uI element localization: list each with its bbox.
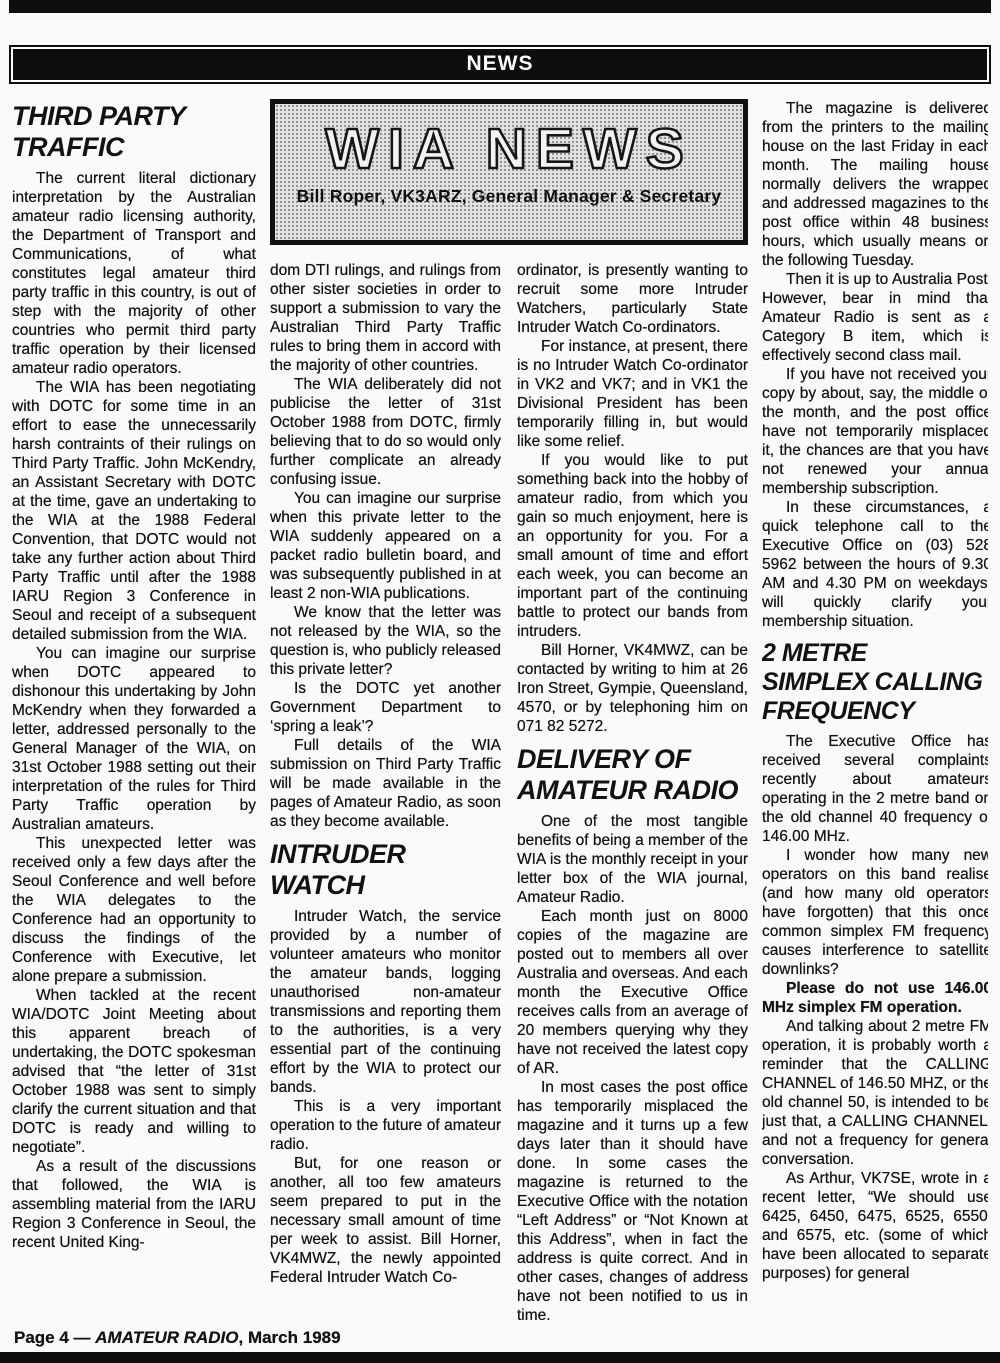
heading-line: SIMPLEX CALLING: [762, 668, 988, 697]
paragraph: And talking about 2 metre FM operation, …: [762, 1017, 988, 1169]
paragraph: The current literal dictionary interpret…: [12, 169, 256, 378]
paragraph: dom DTI rulings, and rulings from other …: [270, 261, 501, 375]
paragraph: When tackled at the recent WIA/DOTC Join…: [12, 986, 256, 1157]
heading-line: THIRD PARTY: [12, 101, 256, 132]
paragraph: If you have not received your copy by ab…: [762, 365, 988, 498]
paragraph: We know that the letter was not released…: [270, 603, 501, 679]
wia-news-box: WIA NEWS Bill Roper, VK3ARZ, General Man…: [270, 99, 748, 245]
heading-line: 2 METRE: [762, 639, 988, 668]
heading-line: INTRUDER: [270, 839, 501, 870]
paragraph: The WIA has been negotiating with DOTC f…: [12, 378, 256, 644]
wia-news-byline: Bill Roper, VK3ARZ, General Manager & Se…: [275, 186, 743, 207]
paragraph: Bill Horner, VK4MWZ, can be contacted by…: [517, 641, 748, 736]
column-3: ordinator, is presently wanting to recru…: [517, 261, 748, 1325]
page-top-rule: [9, 0, 991, 13]
article-heading-delivery-of-amateur-radio: DELIVERY OF AMATEUR RADIO: [517, 744, 748, 806]
middle-section: WIA NEWS Bill Roper, VK3ARZ, General Man…: [270, 99, 748, 1337]
paragraph: You can imagine our surprise when this p…: [270, 489, 501, 603]
page-bottom-rule: [0, 1352, 1000, 1363]
paragraph: The magazine is delivered from the print…: [762, 99, 988, 270]
footer-date: , March 1989: [239, 1328, 341, 1347]
heading-line: AMATEUR RADIO: [517, 775, 748, 806]
heading-line: WATCH: [270, 870, 501, 901]
news-banner: NEWS: [9, 45, 991, 84]
paragraph-emphasis: Please do not use 146.00 MHz simplex FM …: [762, 979, 988, 1017]
article-heading-intruder-watch: INTRUDER WATCH: [270, 839, 501, 901]
paragraph: This unexpected letter was received only…: [12, 834, 256, 986]
paragraph: I wonder how many new operators on this …: [762, 846, 988, 979]
footer-page-label: Page 4 —: [14, 1328, 95, 1347]
wia-news-title: WIA NEWS: [275, 118, 743, 180]
paragraph: ordinator, is presently wanting to recru…: [517, 261, 748, 337]
paragraph: Full details of the WIA submission on Th…: [270, 736, 501, 831]
paragraph: In most cases the post office has tempor…: [517, 1078, 748, 1325]
paragraph: But, for one reason or another, all too …: [270, 1154, 501, 1287]
heading-line: DELIVERY OF: [517, 744, 748, 775]
paragraph: Each month just on 8000 copies of the ma…: [517, 907, 748, 1078]
paragraph: As a result of the discussions that foll…: [12, 1157, 256, 1252]
column-4: The magazine is delivered from the print…: [762, 99, 988, 1337]
article-heading-third-party-traffic: THIRD PARTY TRAFFIC: [12, 101, 256, 163]
paragraph: The Executive Office has received severa…: [762, 732, 988, 846]
news-banner-label: NEWS: [13, 49, 987, 80]
paragraph: If you would like to put something back …: [517, 451, 748, 641]
paragraph: Intruder Watch, the service provided by …: [270, 907, 501, 1097]
footer-magazine-title: AMATEUR RADIO: [95, 1328, 238, 1347]
paragraph: You can imagine our surprise when DOTC a…: [12, 644, 256, 834]
paragraph: Is the DOTC yet another Government Depar…: [270, 679, 501, 736]
paragraph: Then it is up to Australia Post. However…: [762, 270, 988, 365]
paragraph: This is a very important operation to th…: [270, 1097, 501, 1154]
paragraph: As Arthur, VK7SE, wrote in a recent lett…: [762, 1169, 988, 1283]
paragraph: The WIA deliberately did not publicise t…: [270, 375, 501, 489]
heading-line: TRAFFIC: [12, 132, 256, 163]
column-1: THIRD PARTY TRAFFIC The current literal …: [12, 99, 256, 1337]
page-footer: Page 4 — AMATEUR RADIO, March 1989: [14, 1328, 341, 1348]
column-2: dom DTI rulings, and rulings from other …: [270, 261, 501, 1325]
paragraph: For instance, at present, there is no In…: [517, 337, 748, 451]
article-heading-2-metre-simplex-calling-frequency: 2 METRE SIMPLEX CALLING FREQUENCY: [762, 639, 988, 726]
page-columns: THIRD PARTY TRAFFIC The current literal …: [12, 99, 988, 1337]
paragraph: One of the most tangible benefits of bei…: [517, 812, 748, 907]
paragraph: In these circumstances, a quick telephon…: [762, 498, 988, 631]
heading-line: FREQUENCY: [762, 697, 988, 726]
